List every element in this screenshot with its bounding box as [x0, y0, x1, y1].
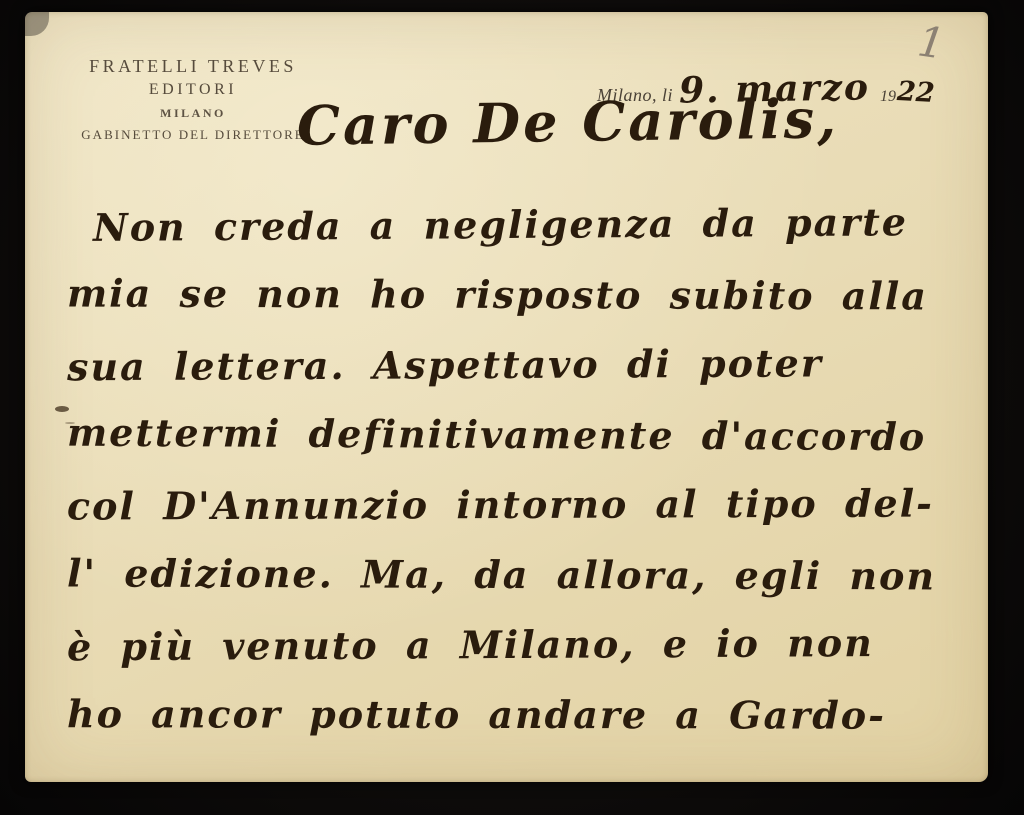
body-line: ho ancor potuto andare a Gardo- [67, 679, 957, 751]
paper-corner-wear [23, 10, 49, 36]
scanned-letter-photo: 1 FRATELLI TREVES EDITORI MILANO GABINET… [0, 0, 1024, 815]
letterhead: FRATELLI TREVES EDITORI MILANO GABINETTO… [65, 56, 321, 143]
letter-body: Non creda a negligenza da parte mia se n… [67, 190, 957, 750]
letter-page: 1 FRATELLI TREVES EDITORI MILANO GABINET… [25, 12, 988, 782]
body-line: sua lettera. Aspettavo di poter [67, 328, 957, 403]
letterhead-editori: EDITORI [65, 81, 321, 99]
body-line: mettermi definitivamente d'accordo [67, 398, 957, 473]
ink-smudge [55, 406, 69, 412]
body-line: col D'Annunzio intorno al tipo del- [67, 468, 957, 541]
dateline-printed-year-prefix: 19 [880, 88, 896, 106]
body-line: è più venuto a Milano, e io non [67, 608, 957, 683]
body-line: Non creda a negligenza da parte [67, 187, 957, 263]
letterhead-city: MILANO [65, 106, 321, 121]
body-line: l' edizione. Ma, da allora, egli non [67, 538, 957, 611]
body-line: mia se non ho risposto subito alla [67, 258, 957, 331]
letterhead-publisher: FRATELLI TREVES [65, 56, 321, 77]
salutation: Caro De Carolis, [297, 86, 840, 158]
dateline-handwritten-year: 22 [896, 76, 935, 109]
letterhead-office: GABINETTO DEL DIRETTORE [65, 127, 321, 143]
pencil-page-number: 1 [915, 16, 948, 68]
